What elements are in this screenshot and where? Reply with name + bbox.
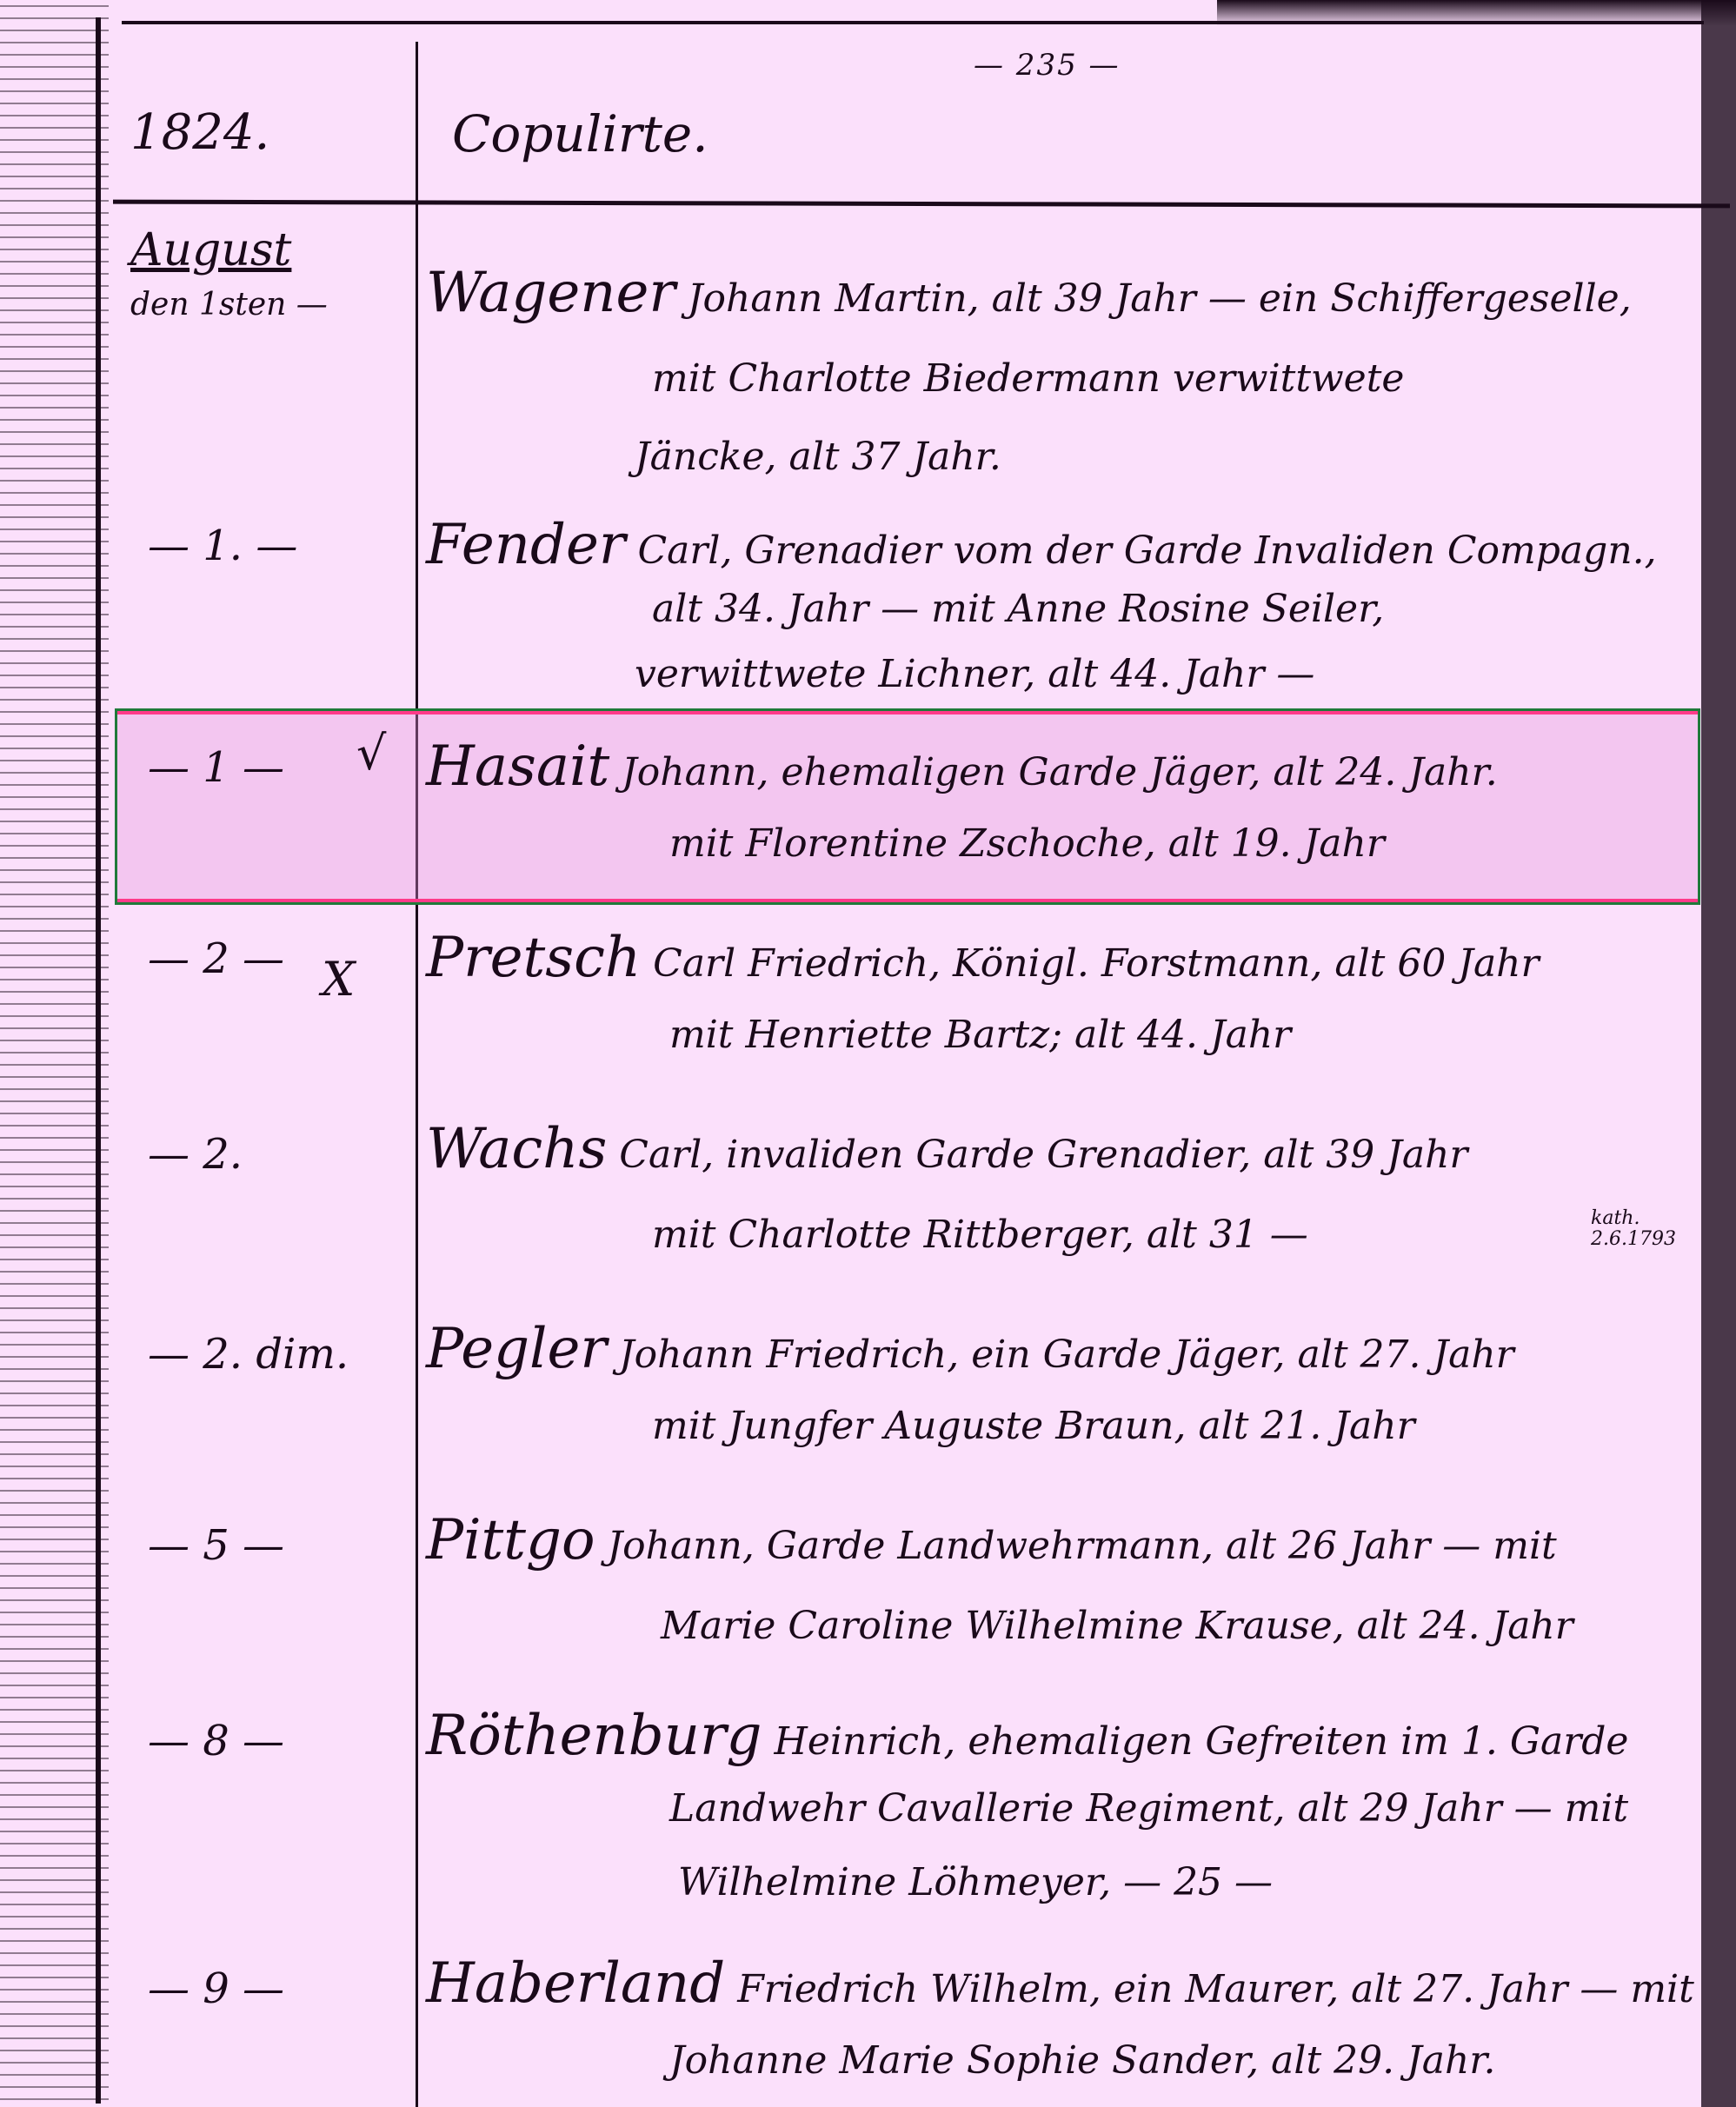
entry-text: Heinrich, ehemaligen Gefreiten im 1. Gar…: [775, 1719, 1629, 1764]
margin-rule: [96, 17, 101, 2104]
entry-text: Carl, invaliden Garde Grenadier, alt 39 …: [619, 1133, 1467, 1177]
entry-line: mit Charlotte Rittberger, alt 31 —: [652, 1213, 1308, 1257]
entry-date: — 2. dim.: [148, 1330, 349, 1379]
entry-line: mit Charlotte Biedermann verwittwete: [652, 356, 1404, 401]
entry-line: Röthenburg Heinrich, ehemaligen Gefreite…: [426, 1704, 1628, 1768]
entry-line: mit Henriette Bartz; alt 44. Jahr: [669, 1013, 1291, 1057]
month-heading: August: [130, 224, 291, 276]
top-rule: [122, 21, 1704, 24]
register-page: — 235 — 1824. Copulirte. August den 1ste…: [0, 0, 1736, 2107]
entry-line: mit Jungfer Auguste Braun, alt 21. Jahr: [652, 1404, 1415, 1448]
entry-line: verwittwete Lichner, alt 44. Jahr —: [635, 652, 1314, 696]
book-binding-left: [0, 0, 109, 2107]
entry-line: Wilhelmine Löhmeyer, — 25 —: [678, 1860, 1273, 1904]
entry-line: Pretsch Carl Friedrich, Königl. Forstman…: [426, 926, 1540, 990]
entry-line: Hasait Johann, ehemaligen Garde Jäger, a…: [426, 734, 1498, 799]
margin-note: kath. 2.6.1793: [1591, 1208, 1676, 1250]
entry-text: Johann Friedrich, ein Garde Jäger, alt 2…: [619, 1333, 1514, 1377]
entry-line: alt 34. Jahr — mit Anne Rosine Seiler,: [652, 587, 1384, 631]
entry-line: Marie Caroline Wilhelmine Krause, alt 24…: [661, 1604, 1573, 1648]
entry-line: Johanne Marie Sophie Sander, alt 29. Jah…: [669, 2038, 1495, 2083]
surname: Wachs: [426, 1117, 607, 1181]
entry-text: Carl Friedrich, Königl. Forstmann, alt 6…: [653, 941, 1539, 986]
entry-date: — 1. —: [148, 522, 297, 570]
surname: Pittgo: [426, 1508, 595, 1572]
entry-text: Carl, Grenadier vom der Garde Invaliden …: [637, 528, 1656, 573]
year-heading: 1824.: [130, 104, 269, 161]
surname: Haberland: [426, 1951, 725, 2016]
header-rule: [113, 200, 1730, 209]
entry-line: Wagener Johann Martin, alt 39 Jahr — ein…: [426, 261, 1632, 325]
entry-date: — 1 —: [148, 743, 284, 792]
entry-text: Johann, Garde Landwehrmann, alt 26 Jahr …: [607, 1524, 1556, 1568]
cross-mark-icon: X: [322, 952, 355, 1007]
surname: Pretsch: [426, 926, 641, 990]
entry-line: Jäncke, alt 37 Jahr.: [635, 435, 1001, 479]
entry-line: Haberland Friedrich Wilhelm, ein Maurer,…: [426, 1951, 1694, 2016]
column-divider: [416, 42, 418, 2107]
checkmark-icon: √: [356, 726, 386, 781]
book-binding-right: [1701, 0, 1736, 2107]
surname: Hasait: [426, 734, 609, 799]
entry-line: Pittgo Johann, Garde Landwehrmann, alt 2…: [426, 1508, 1557, 1572]
surname: Fender: [426, 513, 625, 577]
entry-text: Johann Martin, alt 39 Jahr — ein Schiffe…: [688, 276, 1632, 321]
entry-date: — 2.: [148, 1130, 243, 1179]
page-number: — 235 —: [974, 48, 1121, 83]
entry-date: — 2 —: [148, 934, 284, 983]
entry-text: Johann, ehemaligen Garde Jäger, alt 24. …: [622, 750, 1498, 794]
surname: Röthenburg: [426, 1704, 762, 1768]
surname: Wagener: [426, 261, 675, 325]
entry-text: Friedrich Wilhelm, ein Maurer, alt 27. J…: [737, 1967, 1694, 2011]
section-title: Copulirte.: [452, 104, 708, 163]
entry-date: — 9 —: [148, 1964, 284, 2013]
entry-line: Pegler Johann Friedrich, ein Garde Jäger…: [426, 1317, 1514, 1381]
month-subheading: den 1sten —: [130, 287, 328, 322]
entry-line: Landwehr Cavallerie Regiment, alt 29 Jah…: [669, 1786, 1628, 1831]
surname: Pegler: [426, 1317, 607, 1381]
entry-date: — 5 —: [148, 1521, 284, 1570]
entry-line: mit Florentine Zschoche, alt 19. Jahr: [669, 821, 1385, 866]
entry-line: Wachs Carl, invaliden Garde Grenadier, a…: [426, 1117, 1467, 1181]
entry-line: Fender Carl, Grenadier vom der Garde Inv…: [426, 513, 1657, 577]
entry-date: — 8 —: [148, 1717, 284, 1765]
